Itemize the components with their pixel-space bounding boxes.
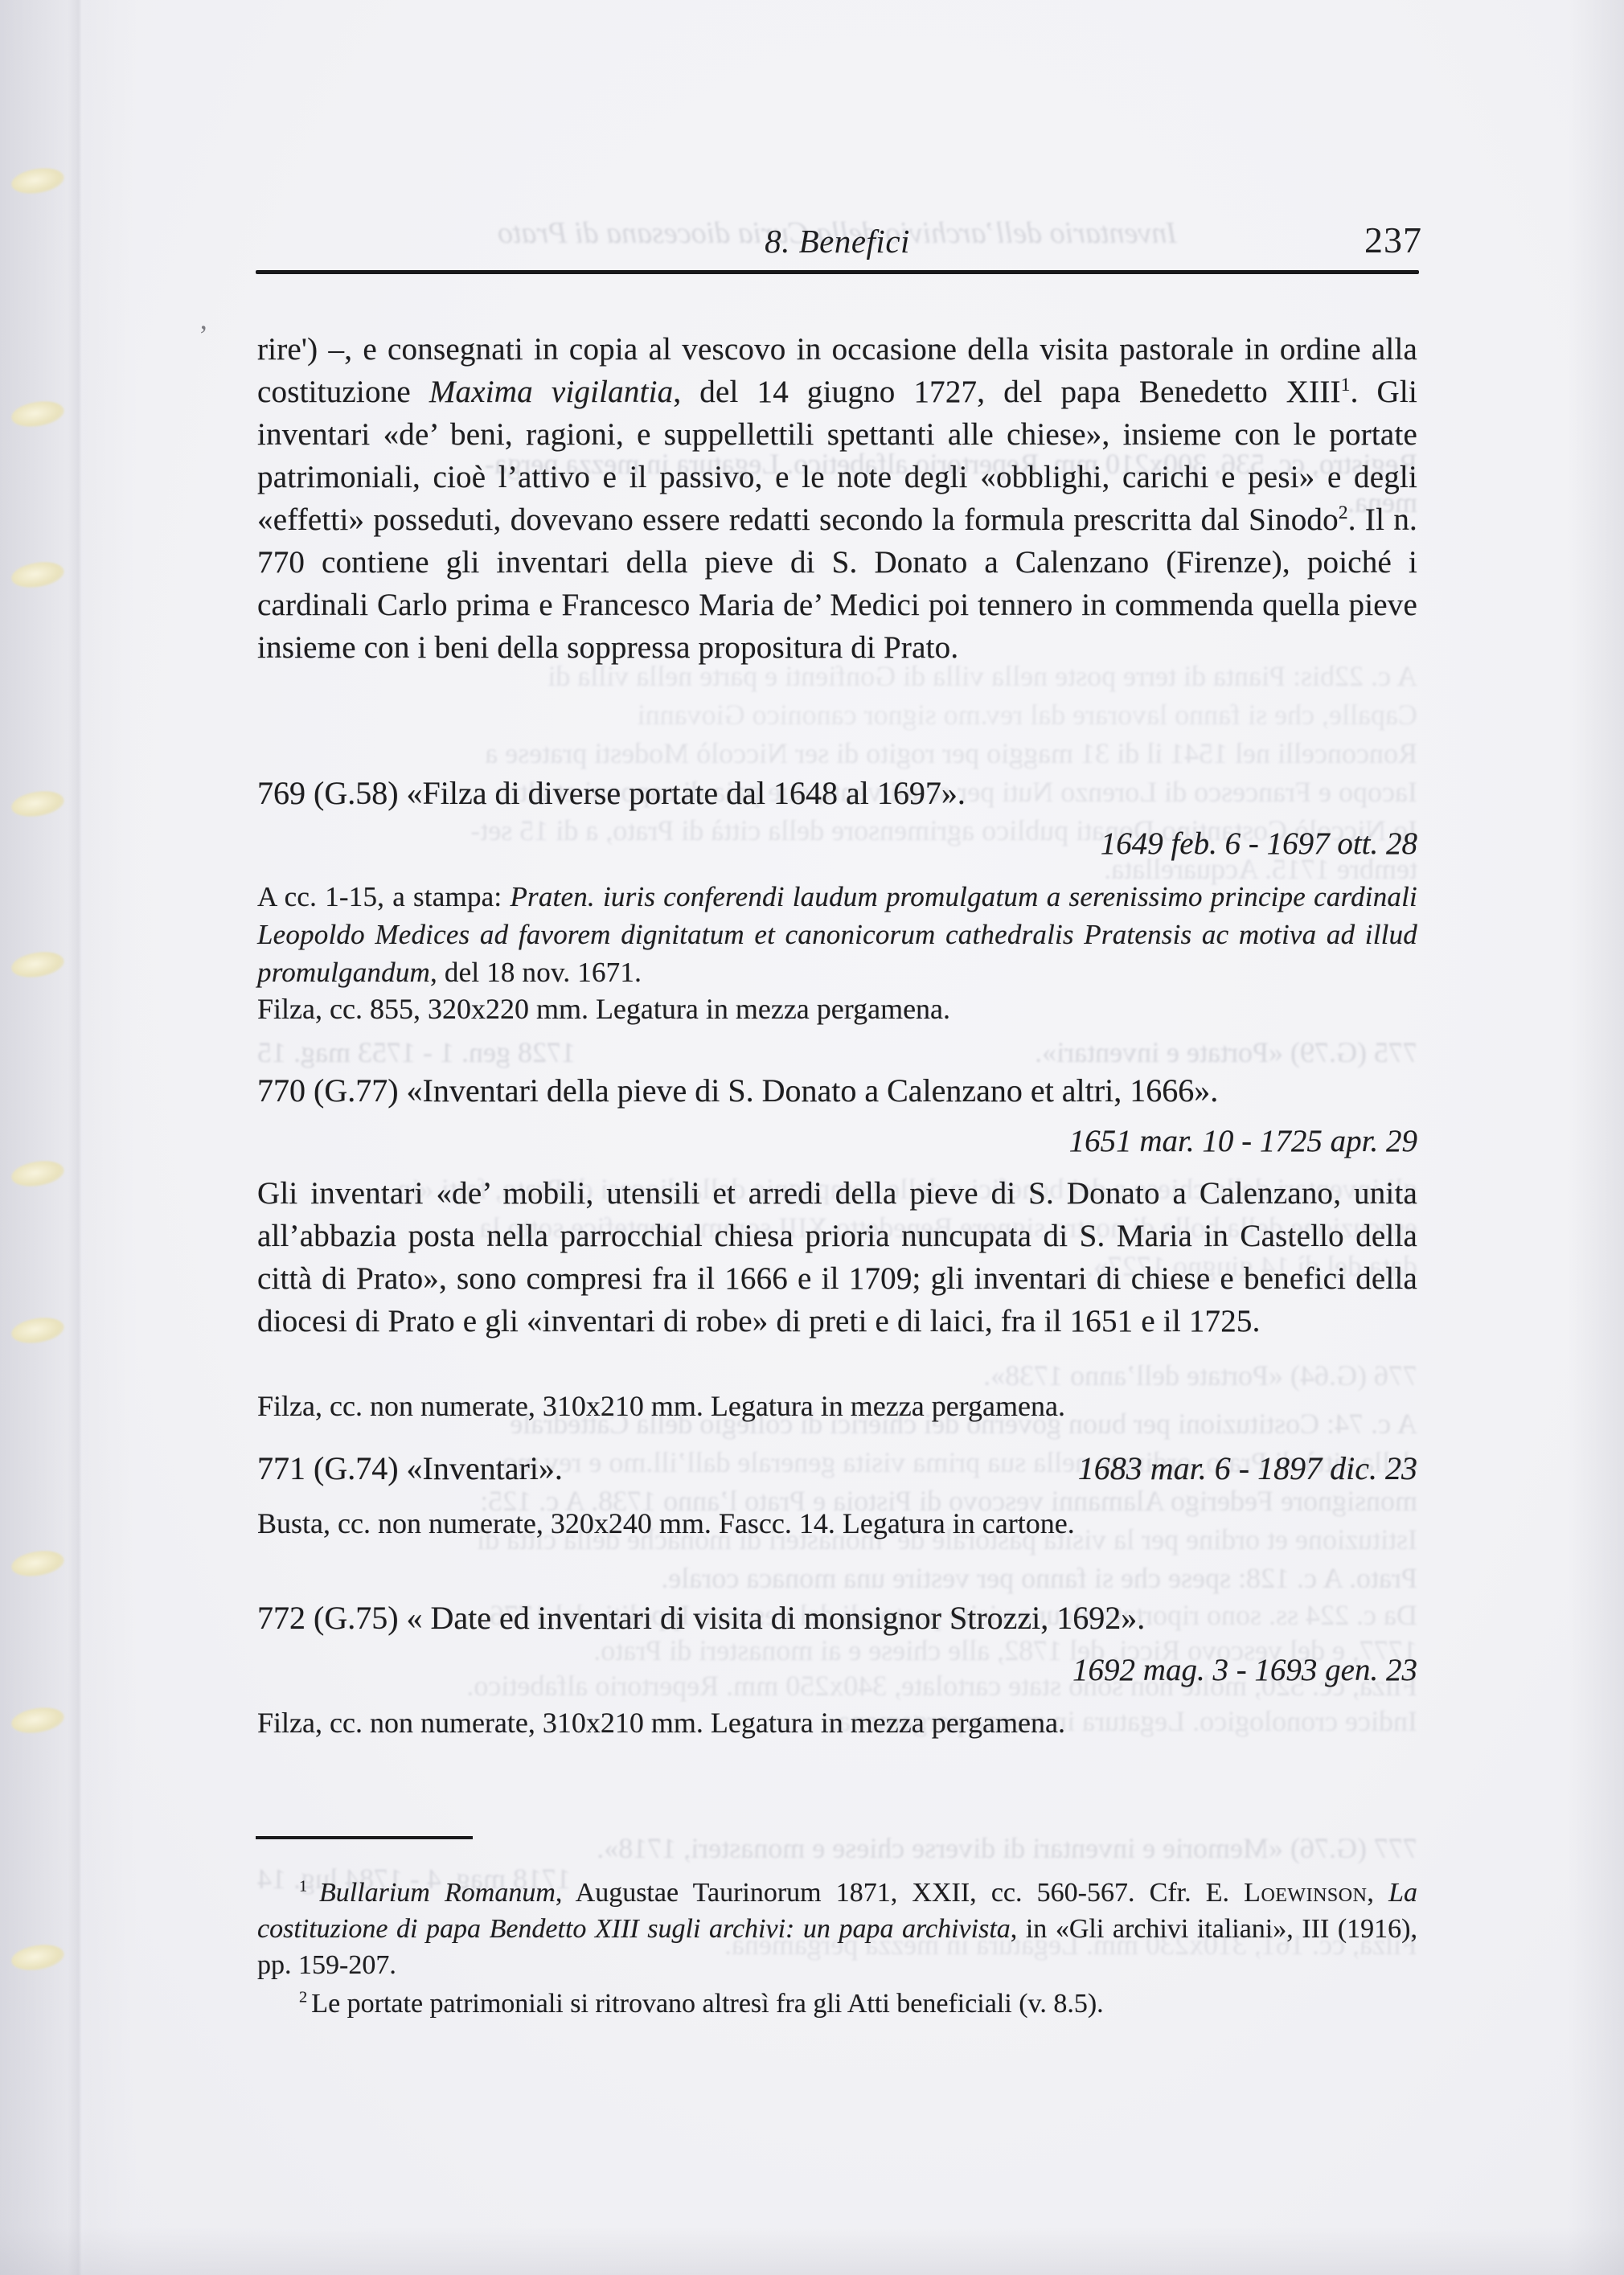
binding-mark <box>10 949 66 981</box>
scanned-book-page: Inventario dell’archivio della Curia dio… <box>0 0 1624 2275</box>
binding-mark <box>10 1314 66 1347</box>
binding-mark <box>10 788 66 820</box>
binding-mark <box>10 559 66 591</box>
binding-marks <box>0 0 1624 2275</box>
binding-mark <box>10 165 66 197</box>
binding-mark <box>10 1158 66 1190</box>
binding-mark <box>10 1941 66 1974</box>
binding-mark <box>10 1547 66 1580</box>
binding-mark <box>10 398 66 430</box>
binding-mark <box>10 1704 66 1736</box>
